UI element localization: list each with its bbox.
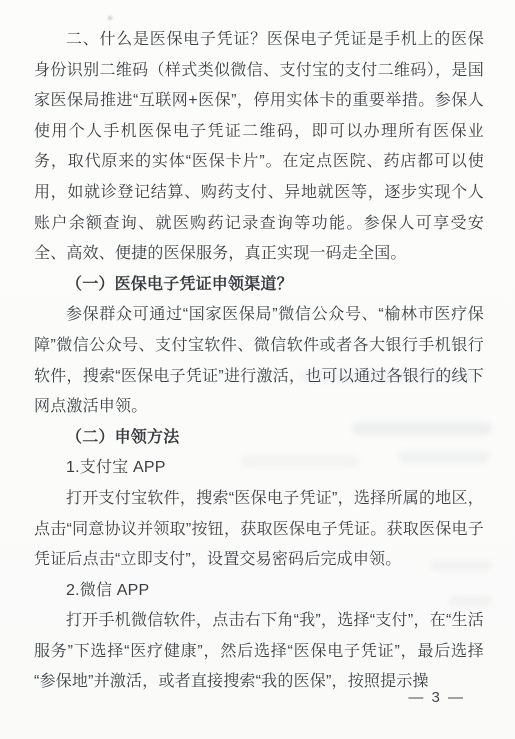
item-alipay-app: 1.支付宝 APP [34, 453, 484, 484]
paragraph-alipay-steps: 打开支付宝软件，搜索“医保电子凭证”，选择所属的地区，点击“同意协议并领取”按钮… [34, 484, 484, 576]
scanned-document-page: 二、什么是医保电子凭证？医保电子凭证是手机上的医保身份识别二维码（样式类似微信、… [0, 0, 515, 739]
page-number: — 3 — [408, 689, 465, 706]
item-wechat-app: 2.微信 APP [34, 576, 484, 607]
paragraph-application-channels: 参保群众可通过“国家医保局”微信公众号、“榆林市医疗保障”微信公众号、支付宝软件… [34, 300, 484, 422]
scan-speck-artifact [108, 16, 112, 20]
paragraph-wechat-steps: 打开手机微信软件，点击右下角“我”，选择“支付”，在“生活服务”下选择“医疗健康… [34, 606, 484, 698]
paragraph-what-is-credential: 二、什么是医保电子凭证？医保电子凭证是手机上的医保身份识别二维码（样式类似微信、… [34, 25, 484, 270]
heading-application-methods: （二）申领方法 [34, 423, 484, 454]
document-text-column: 二、什么是医保电子凭证？医保电子凭证是手机上的医保身份识别二维码（样式类似微信、… [34, 25, 484, 698]
heading-application-channels: （一）医保电子凭证申领渠道？ [34, 270, 484, 301]
